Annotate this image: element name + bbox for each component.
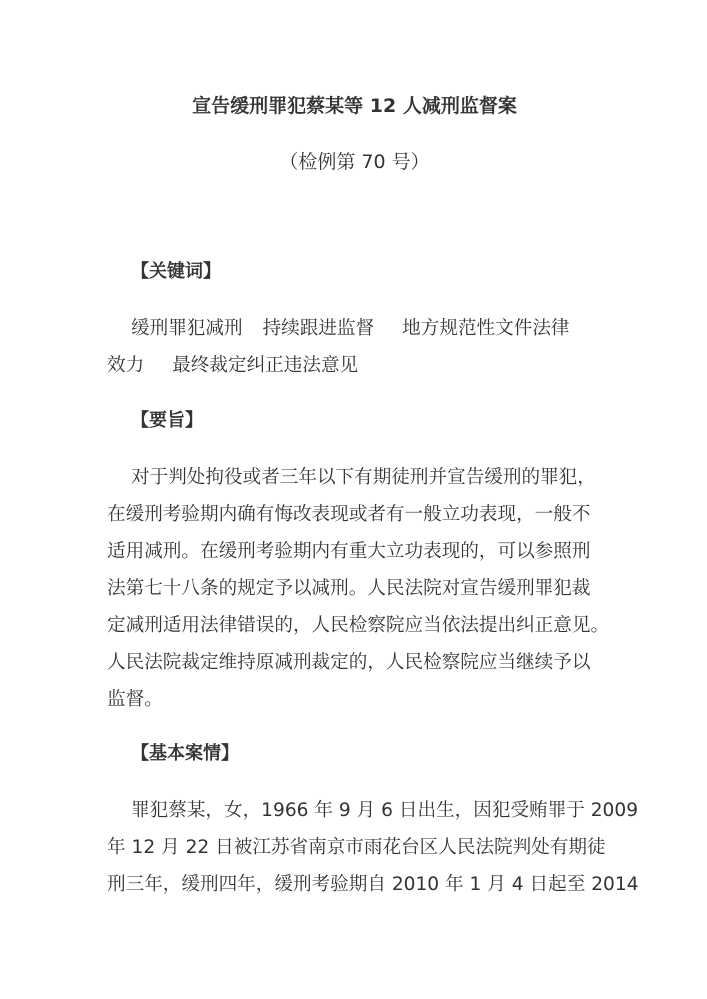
keyword-item: 最终裁定纠正违法意见 bbox=[172, 355, 358, 376]
keyword-item-continued: 效力 bbox=[107, 355, 144, 376]
gist-line: 适用减刑。在缓刑考验期内有重大立功表现的，可以参照刑 bbox=[107, 533, 607, 570]
keyword-item: 地方规范性文件法律 bbox=[402, 318, 569, 339]
gist-paragraph: 对于判处拘役或者三年以下有期徒刑并宣告缓刑的罪犯， 在缓刑考验期内确有悔改表现或… bbox=[107, 459, 607, 718]
gist-line: 在缓刑考验期内确有悔改表现或者有一般立功表现，一般不 bbox=[107, 496, 607, 533]
document-subtitle: （检例第 70 号） bbox=[107, 148, 602, 176]
keywords-line-2: 效力最终裁定纠正违法意见 bbox=[107, 347, 607, 384]
basic-facts-paragraph: 罪犯蔡某，女，1966 年 9 月 6 日出生，因犯受贿罪于 2009 年 12… bbox=[107, 792, 607, 903]
keywords-heading: 【关键词】 bbox=[131, 259, 221, 285]
gist-line: 监督。 bbox=[107, 681, 607, 718]
gist-line: 定减刑适用法律错误的，人民检察院应当依法提出纠正意见。 bbox=[107, 607, 607, 644]
gist-line: 人民法院裁定维持原减刑裁定的，人民检察院应当继续予以 bbox=[107, 644, 607, 681]
basic-facts-line: 刑三年，缓刑四年，缓刑考验期自 2010 年 1 月 4 日起至 2014 bbox=[107, 866, 607, 903]
gist-line: 法第七十八条的规定予以减刑。人民法院对宣告缓刑罪犯裁 bbox=[107, 570, 607, 607]
basic-facts-line: 罪犯蔡某，女，1966 年 9 月 6 日出生，因犯受贿罪于 2009 bbox=[107, 792, 607, 829]
gist-line: 对于判处拘役或者三年以下有期徒刑并宣告缓刑的罪犯， bbox=[107, 459, 607, 496]
keyword-item: 持续跟进监督 bbox=[263, 318, 375, 339]
keywords-line-1: 缓刑罪犯减刑持续跟进监督地方规范性文件法律 bbox=[107, 310, 607, 347]
basic-facts-heading: 【基本案情】 bbox=[131, 741, 239, 767]
document-title: 宣告缓刑罪犯蔡某等 12 人减刑监督案 bbox=[107, 92, 602, 120]
keyword-item: 缓刑罪犯减刑 bbox=[131, 318, 243, 339]
keywords-paragraph: 缓刑罪犯减刑持续跟进监督地方规范性文件法律 效力最终裁定纠正违法意见 bbox=[107, 310, 607, 384]
gist-heading: 【要旨】 bbox=[131, 408, 203, 434]
basic-facts-line: 年 12 月 22 日被江苏省南京市雨花台区人民法院判处有期徒 bbox=[107, 829, 607, 866]
